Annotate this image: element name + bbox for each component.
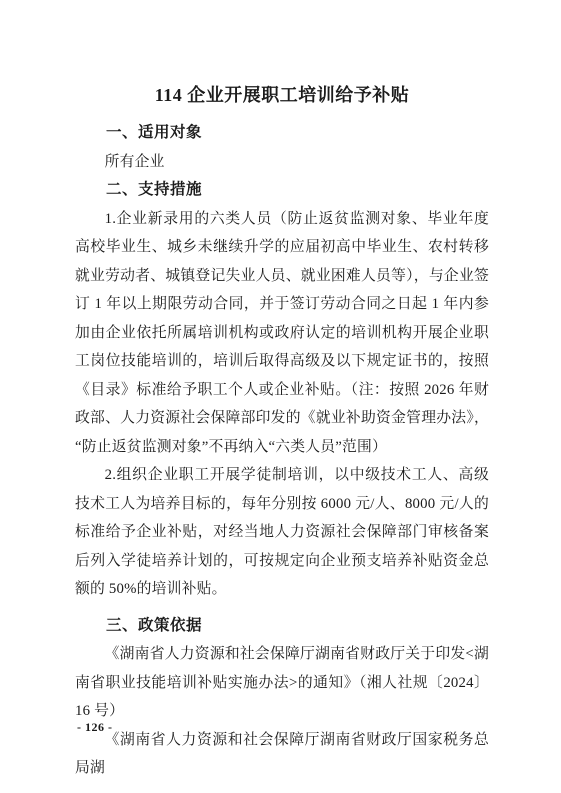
document-page: 114 企业开展职工培训给予补贴 一、适用对象 所有企业 二、支持措施 1.企业… [0,0,561,793]
document-content: 114 企业开展职工培训给予补贴 一、适用对象 所有企业 二、支持措施 1.企业… [75,0,489,783]
page-number: - 126 - [77,719,113,735]
paragraph-support-measure-1: 1.企业新录用的六类人员（防止返贫监测对象、毕业年度高校毕业生、城乡未继续升学的… [75,205,489,462]
section-heading-support-measures: 二、支持措施 [75,176,489,205]
document-title: 114 企业开展职工培训给予补贴 [75,83,489,107]
paragraph-all-enterprises: 所有企业 [75,148,489,177]
section-heading-applicable-targets: 一、适用对象 [75,119,489,148]
paragraph-support-measure-2: 2.组织企业职工开展学徒制培训，以中级技术工人、高级技术工人为培养目标的，每年分… [75,461,489,604]
paragraph-policy-basis-1: 《湖南省人力资源和社会保障厅湖南省财政厅关于印发<湖南省职业技能培训补贴实施办法… [75,640,489,726]
paragraph-policy-basis-2: 《湖南省人力资源和社会保障厅湖南省财政厅国家税务总局湖 [75,726,489,783]
section-heading-policy-basis: 三、政策依据 [75,612,489,641]
